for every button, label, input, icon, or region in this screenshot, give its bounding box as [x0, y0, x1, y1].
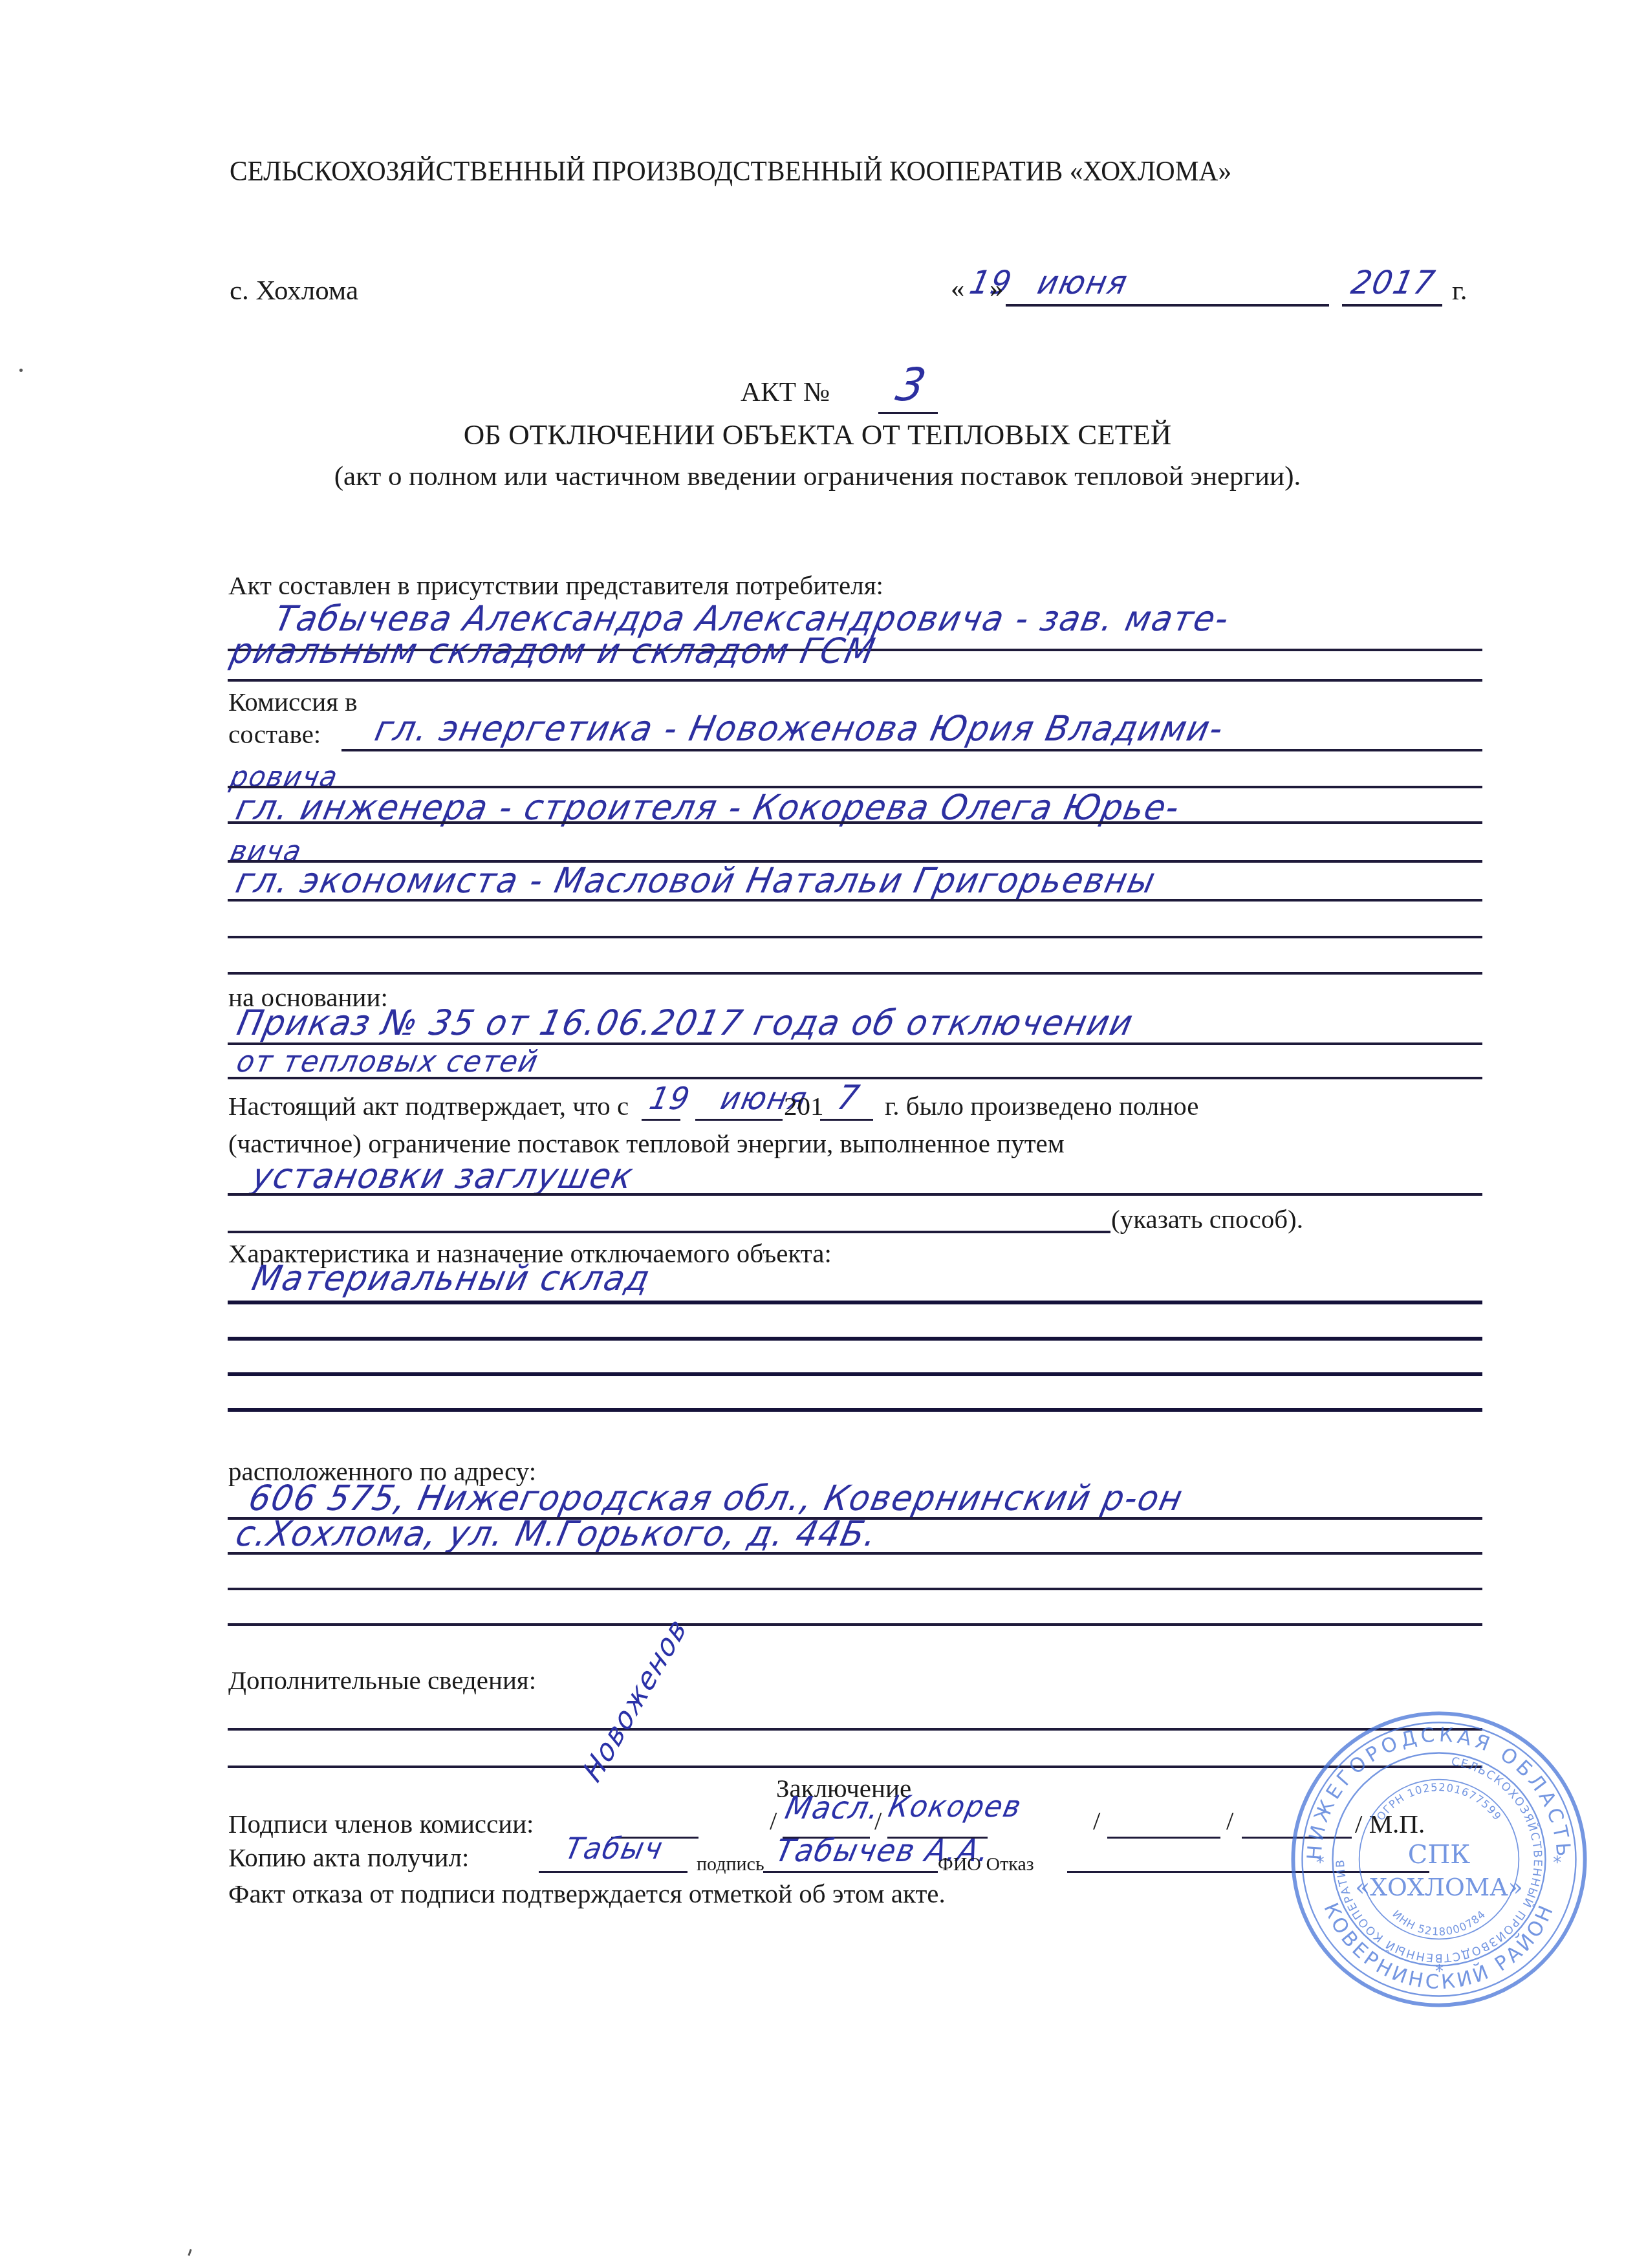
company-seal-stamp: НИЖЕГОРОДСКАЯ ОБЛАСТЬ КОВЕРНИНСКИЙ РАЙОН… — [1287, 1707, 1591, 2011]
signatures-label: Подписи членов комиссии: — [228, 1811, 534, 1837]
rule — [228, 821, 1482, 824]
signature-member-1: Новоженов — [579, 1612, 692, 1787]
copy-signature-line — [539, 1871, 688, 1873]
svg-text:*: * — [1316, 1853, 1325, 1873]
svg-text:*: * — [1553, 1853, 1561, 1873]
rule — [228, 936, 1482, 938]
rule — [228, 1588, 1482, 1590]
date-suffix: г. — [1452, 277, 1467, 305]
rule — [228, 899, 1482, 902]
scan-mark — [188, 2249, 191, 2256]
copy-name-caption: ФИО Отказ — [938, 1855, 1034, 1874]
scan-mark — [19, 369, 23, 372]
commission-label-1: Комиссия в — [228, 689, 358, 715]
rule — [228, 972, 1482, 975]
confirmation-year-suffix: 7 — [834, 1081, 863, 1115]
date-month-line — [1006, 304, 1329, 307]
organization-name: СЕЛЬСКОХОЗЯЙСТВЕННЫЙ ПРОИЗВОДСТВЕННЫЙ КО… — [230, 157, 1231, 186]
refusal-note: Факт отказа от подписи подтверждается от… — [228, 1881, 946, 1907]
rule — [228, 1301, 1482, 1304]
confirmation-year-line — [820, 1119, 873, 1121]
address-line-1: 606 575, Нижегородская обл., Ковернински… — [246, 1481, 1186, 1516]
document-page: СЕЛЬСКОХОЗЯЙСТВЕННЫЙ ПРОИЗВОДСТВЕННЫЙ КО… — [0, 0, 1635, 2268]
basis-line-2: от тепловых сетей — [234, 1046, 541, 1076]
date-year-line — [1342, 304, 1442, 307]
copy-received-label: Копию акта получил: — [228, 1844, 469, 1871]
copy-signature-caption: подпись — [697, 1855, 764, 1874]
act-number: 3 — [893, 362, 931, 407]
rule — [228, 1231, 1110, 1233]
signature-member-3: Кокорев — [886, 1791, 1024, 1821]
commission-line-5: гл. экономиста - Масловой Натальи Григор… — [233, 863, 1159, 898]
object-line-1: Материальный склад — [249, 1261, 654, 1296]
commission-line-3: гл. инженера - строителя - Кокорева Олег… — [233, 790, 1184, 825]
copy-name-line — [763, 1871, 938, 1873]
rule — [228, 1372, 1482, 1376]
commission-line-1: гл. энергетика - Новоженова Юрия Владими… — [372, 711, 1227, 746]
svg-text:ИНН 5218000784: ИНН 5218000784 — [1390, 1908, 1488, 1938]
signature-separator: / — [770, 1808, 777, 1834]
confirmation-day: 19 — [647, 1083, 693, 1114]
confirmation-method: установки заглушек — [249, 1159, 637, 1194]
rule — [228, 1193, 1482, 1196]
date-close-quote: » — [990, 275, 1004, 303]
signature-separator: / — [874, 1808, 882, 1834]
representative-line-2: риальным складом и складом ГСМ — [228, 634, 879, 669]
additional-label: Дополнительные сведения: — [228, 1667, 536, 1694]
confirmation-month-line — [695, 1119, 783, 1121]
signature-member-2: Масл. — [783, 1793, 883, 1824]
confirmation-suffix: г. было произведено полное — [885, 1093, 1198, 1119]
rule — [228, 679, 1482, 682]
svg-text:*: * — [1435, 1962, 1444, 1982]
representative-label: Акт составлен в присутствии представител… — [228, 572, 883, 599]
act-subtitle: (акт о полном или частичном введении огр… — [0, 462, 1635, 490]
signature-separator: / — [1226, 1808, 1233, 1834]
date-year: 2017 — [1348, 266, 1438, 299]
act-title: ОБ ОТКЛЮЧЕНИИ ОБЪЕКТА ОТ ТЕПЛОВЫХ СЕТЕЙ — [0, 420, 1635, 449]
act-label: АКТ № — [741, 378, 830, 406]
confirmation-line-2: (частичное) ограничение поставок теплово… — [228, 1130, 1065, 1157]
copy-received-signature: Табыч — [563, 1833, 666, 1863]
commission-label-2: составе: — [228, 721, 321, 748]
signature-line-4 — [1107, 1837, 1220, 1839]
svg-text:СПК: СПК — [1408, 1840, 1470, 1870]
svg-text:ОГРН 1025201677599: ОГРН 1025201677599 — [1374, 1781, 1504, 1823]
date-month: июня — [1035, 266, 1131, 299]
svg-text:«ХОХЛОМА»: «ХОХЛОМА» — [1355, 1873, 1522, 1901]
rule — [228, 1552, 1482, 1555]
confirmation-prefix: Настоящий акт подтверждает, что с — [228, 1093, 629, 1119]
confirmation-day-line — [642, 1119, 680, 1121]
confirmation-method-hint: (указать способ). — [1111, 1206, 1303, 1233]
signature-separator: / — [1093, 1808, 1100, 1834]
rule — [228, 1337, 1482, 1341]
date-open-quote: « — [951, 275, 965, 303]
rule — [228, 1408, 1482, 1412]
confirmation-year-prefix: 201 — [784, 1093, 824, 1119]
rule — [341, 749, 1482, 751]
address-line-2: с.Хохлома, ул. М.Горького, д. 44Б. — [233, 1517, 881, 1551]
act-number-line — [878, 412, 938, 414]
rule — [228, 1623, 1482, 1626]
place: с. Хохлома — [230, 277, 358, 305]
seal-icon: НИЖЕГОРОДСКАЯ ОБЛАСТЬ КОВЕРНИНСКИЙ РАЙОН… — [1287, 1707, 1591, 2011]
basis-line-1: Приказ № 35 от 16.06.2017 года об отключ… — [234, 1006, 1137, 1041]
